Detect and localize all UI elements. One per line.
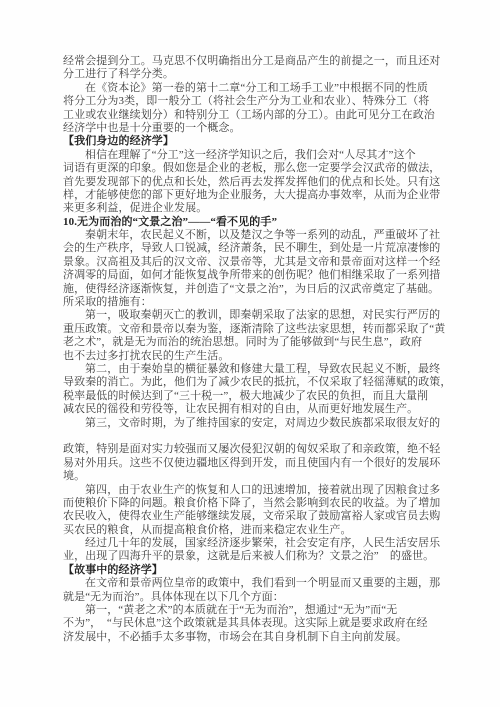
- text-line: 在《资本论》第一卷的第十二章“分工和工场手工业”中根据不同的性质: [63, 82, 443, 95]
- text-line: 济发展中，不必插手太多事物，市场会在其自身机制下自主向前发展。: [63, 631, 443, 644]
- text-line: 词语有更深的印象。假如您是企业的老板，那么您一定要学会汉武帝的做法，: [63, 162, 443, 175]
- text-line: 将分工分为3类，即一般分工（将社会生产分为工业和农业）、特殊分工（将: [63, 95, 443, 108]
- text-line: 工业或农业继续划分）和特别分工（工场内部的分工）。由此可见分工在政治: [63, 109, 443, 122]
- text-line: 来更多利益，促进企业发展。: [63, 202, 443, 215]
- section-heading: 【故事中的经济学】: [63, 564, 443, 577]
- blank-line: [63, 430, 443, 443]
- text-line: 就是“无为而治”。具体体现在以下几个方面：: [63, 591, 443, 604]
- chapter-title: 10.无为而治的“文景之治”——“看不见的手”: [63, 216, 443, 229]
- text-line: 第一，“黄老之术”的本质就在于“无为而治”，想通过“无为”而“无: [63, 604, 443, 617]
- text-line: 会的生产秩序，导致人口锐减，经济萧条，民不聊生，到处是一片荒凉凄惨的: [63, 242, 443, 255]
- text-line: 经济学中也是十分重要的一个概念。: [63, 122, 443, 135]
- text-line: 第一，吸取秦朝灭亡的教训，即秦朝采取了法家的思想，对民实行严厉的: [63, 309, 443, 322]
- text-line: 经常会提到分工。马克思不仅明确指出分工是商品产生的前提之一，而且还对: [63, 55, 443, 68]
- text-line: 而使粮价下降的问题。粮食价格下降了，当然会影响到农民的收益。为了增加: [63, 497, 443, 510]
- text-line: 境。: [63, 470, 443, 483]
- text-line: 税率最低的时候达到了“三十税一”，极大地减少了农民的负担，而且大量削: [63, 390, 443, 403]
- text-line: 所采取的措施有：: [63, 296, 443, 309]
- text-line: 减农民的徭役和劳役等，让农民拥有相对的自由，从而更好地发展生产。: [63, 403, 443, 416]
- text-line: 景象。汉高祖及其后的汉文帝、汉景帝等，尤其是文帝和景帝面对这样一个经: [63, 256, 443, 269]
- text-line: 不为”， “与民休息”这个政策就是其具体表现。这实际上就是要求政府在经: [63, 617, 443, 630]
- text-line: 业，出现了四海升平的景象，这就是后来被人们称为？文景之治” 的盛世。: [63, 550, 443, 563]
- text-block: 经常会提到分工。马克思不仅明确指出分工是商品产生的前提之一，而且还对分工进行了科…: [63, 55, 443, 644]
- text-line: 济凋零的局面，如何才能恢复战争所带来的创伤呢？他们相继采取了一系列措: [63, 269, 443, 282]
- text-line: 老之术”，就是无为而治的统治思想。同时为了能够做到“与民生息”，政府: [63, 336, 443, 349]
- text-line: 第二，由于秦始皇的横征暴敛和修建大量工程，导致农民起义不断，最终: [63, 363, 443, 376]
- text-line: 施，使得经济逐渐恢复，并创造了“文景之治”，为日后的汉武帝奠定了基础。: [63, 283, 443, 296]
- text-line: 也不去过多打扰农民的生产生活。: [63, 350, 443, 363]
- text-line: 农民收入，使得农业生产能够继续发展，文帝采取了鼓励富裕人家或官员去购: [63, 510, 443, 523]
- document-page: 经常会提到分工。马克思不仅明确指出分工是商品产生的前提之一，而且还对分工进行了科…: [0, 0, 500, 707]
- text-line: 首先要发现部下的优点和长处，然后再去发挥发挥他们的优点和长处。只有这: [63, 176, 443, 189]
- text-line: 导致秦的消亡。为此，他们为了减少农民的抵抗，不仅采取了轻徭薄赋的政策，: [63, 376, 443, 389]
- text-line: 第三，文帝时期，为了维持国家的安定，对周边少数民族都采取很友好的: [63, 417, 443, 430]
- text-line: 经过几十年的发展，国家经济逐步繁荣，社会安定有序，人民生活安居乐: [63, 537, 443, 550]
- text-line: 政策，特别是面对实力较强而又屡次侵犯汉朝的匈奴采取了和亲政策，绝不轻: [63, 443, 443, 456]
- text-line: 重压政策。文帝和景帝以秦为鉴，逐渐清除了这些法家思想，转而都采取了“黄: [63, 323, 443, 336]
- text-line: 秦朝末年，农民起义不断，以及楚汉之争等一系列的动乱，严重破坏了社: [63, 229, 443, 242]
- text-line: 样，才能够使您的部下更好地为企业服务，大大提高办事效率，从而为企业带: [63, 189, 443, 202]
- text-line: 分工进行了科学分类。: [63, 68, 443, 81]
- text-line: 相信在理解了“分工”这一经济学知识之后，我们会对“人尽其才”这个: [63, 149, 443, 162]
- text-line: 易对外用兵。这些不仅使边疆地区得到开发，而且使国内有一个很好的发展环: [63, 457, 443, 470]
- text-line: 买农民的粮食，从而提高粮食价格，进而来稳定农业生产。: [63, 524, 443, 537]
- text-line: 第四，由于农业生产的恢复和人口的迅速增加，接着就出现了因粮食过多: [63, 484, 443, 497]
- section-heading: 【我们身边的经济学】: [63, 135, 443, 148]
- text-line: 在文帝和景帝两位皇帝的政策中，我们看到一个明显而又重要的主题，那: [63, 577, 443, 590]
